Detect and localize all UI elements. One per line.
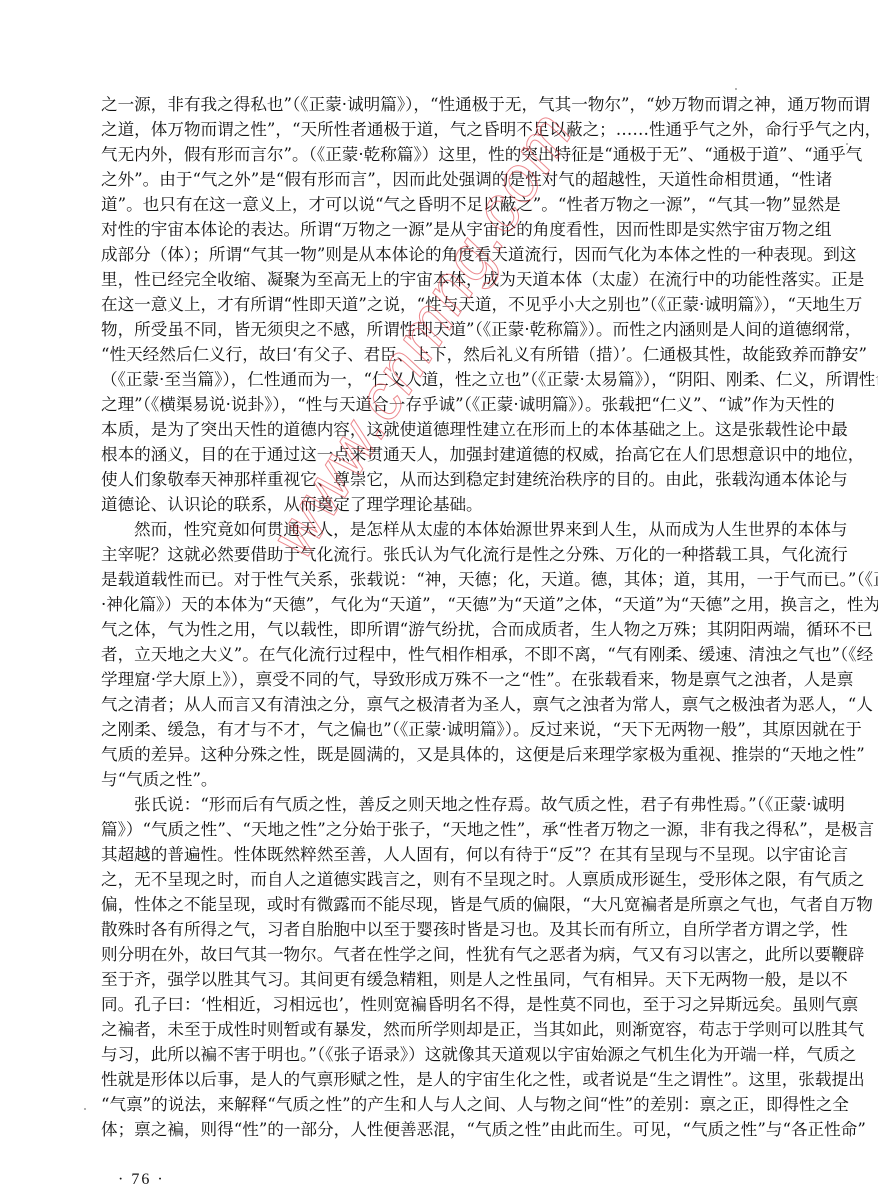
text-line: 根本的涵义，目的在于通过这一点来贯通天人，加强封建道德的权威，抬高它在人们思想意… <box>101 442 815 467</box>
text-line: （《正蒙·至当篇》），仁性通而为一，“仁义人道，性之立也”（《正蒙·太易篇》），… <box>101 367 815 392</box>
text-line: 散殊时各有所得之气，习者自胎胞中以至于婴孩时皆是习也。及其长而有所立，自所学者方… <box>101 917 815 942</box>
scan-speck <box>84 1108 86 1110</box>
text-line: 则分明在外，故曰气其一物尔。气者在性学之间，性犹有气之恶者为病，气又有习以害之，… <box>101 942 815 967</box>
text-line: 者，立天地之大义”。在气化流行过程中，性气相作相承，不即不离，“气有刚柔、缓速、… <box>101 642 815 667</box>
text-line: 篇》）“气质之性”、“天地之性”之分始于张子，“天地之性”，承“性者万物之一源，… <box>101 817 815 842</box>
book-page: 之一源，非有我之得私也”（《正蒙·诚明篇》），“性通极于无，气其一物尔”，“妙万… <box>0 0 878 1203</box>
scan-speck <box>846 143 848 145</box>
text-line: 本质，是为了突出天性的道德内容，这就使道德理性建立在形而上的本体基础之上。这是张… <box>101 417 815 442</box>
text-line: 与习，此所以褊不害于明也。”（《张子语录》）这就像其天道观以宇宙始源之气机生化为… <box>101 1042 815 1067</box>
text-line: 之褊者，未至于成性时则暂或有暴发，然而所学则却是正，当其如此，则渐宽容，苟志于学… <box>101 1017 815 1042</box>
text-line: 偏，性体之不能呈现，或时有微露而不能尽现，皆是气质的偏限，“大凡宽褊者是所禀之气… <box>101 892 815 917</box>
text-line: “性天经然后仁义行，故曰‘有父子、君臣、上下，然后礼义有所错（措）’。仁通极其性… <box>101 342 815 367</box>
text-line: 气无内外，假有形而言尔”。（《正蒙·乾称篇》）这里，性的突出特征是“通极于无”、… <box>101 142 815 167</box>
text-line: 之道，体万物而谓之性”，“天所性者通极于道，气之昏明不足以蔽之；……性通乎气之外… <box>101 117 815 142</box>
text-line: 道德论、认识论的联系，从而奠定了理学理论基础。 <box>101 492 815 517</box>
text-line: “气禀”的说法，来解释“气质之性”的产生和人与人之间、人与物之间“性”的差别：禀… <box>101 1092 815 1117</box>
text-line: 是载道载性而已。对于性气关系，张载说：“神，天德；化，天道。德，其体；道，其用，… <box>101 567 815 592</box>
text-line: 之理”（《横渠易说·说卦》），“性与天道合一存乎诚”（《正蒙·诚明篇》）。张载把… <box>101 392 815 417</box>
text-line: 同。孔子曰：‘性相近，习相远也’，性则宽褊昏明名不得，是性莫不同也，至于习之异斯… <box>101 992 815 1017</box>
text-line: 其超越的普遍性。性体既然粹然至善，人人固有，何以有待于“反”？在其有呈现与不呈现… <box>101 842 815 867</box>
text-line: 张氏说：“形而后有气质之性，善反之则天地之性存焉。故气质之性，君子有弗性焉。”（… <box>101 792 815 817</box>
text-line: 至于齐，强学以胜其气习。其间更有缓急精粗，则是人之性虽同，气有相异。天下无两物一… <box>101 967 815 992</box>
text-line: 之刚柔、缓急，有才与不才，气之偏也”（《正蒙·诚明篇》）。反过来说，“天下无两物… <box>101 717 815 742</box>
text-line: 学理窟·学大原上》），禀受不同的气，导致形成万殊不一之“性”。在张载看来，物是禀… <box>101 667 815 692</box>
text-line: 之，无不呈现之时，而自人之道德实践言之，则有不呈现之时。人禀质成形诞生，受形体之… <box>101 867 815 892</box>
scan-speck <box>735 88 737 90</box>
text-line: 气质的差异。这种分殊之性，既是圆满的，又是具体的，这便是后来理学家极为重视、推崇… <box>101 742 815 767</box>
text-line: 性就是形体以后事，是人的气禀形赋之性，是人的宇宙生化之性，或者说是“生之谓性”。… <box>101 1067 815 1092</box>
text-line: ·神化篇》）天的本体为“天德”，气化为“天道”，“天德”为“天道”之体，“天道”… <box>101 592 815 617</box>
text-line: 体；禀之褊，则得“性”的一部分，人性便善恶混，“气质之性”由此而生。可见，“气质… <box>101 1117 815 1142</box>
text-line: 气之体，气为性之用，气以载性，即所谓“游气纷扰，合而成质者，生人物之万殊；其阴阳… <box>101 617 815 642</box>
page-number: · 76 · <box>118 1171 165 1189</box>
text-line: 气之清者；从人而言又有清浊之分，禀气之极清者为圣人，禀气之浊者为常人，禀气之极浊… <box>101 692 815 717</box>
text-line: 使人们象敬奉天神那样重视它、尊崇它，从而达到稳定封建统治秩序的目的。由此，张载沟… <box>101 467 815 492</box>
text-line: 与“气质之性”。 <box>101 767 815 792</box>
text-line: 主宰呢？这就必然要借助于气化流行。张氏认为气化流行是性之分殊、万化的一种搭载工具… <box>101 542 815 567</box>
text-line: 之外”。由于“气之外”是“假有形而言”，因而此处强调的是性对气的超越性，天道性命… <box>101 167 815 192</box>
text-line: 然而，性究竟如何贯通天人，是怎样从太虚的本体始源世界来到人生，从而成为人生世界的… <box>101 517 815 542</box>
text-line: 之一源，非有我之得私也”（《正蒙·诚明篇》），“性通极于无，气其一物尔”，“妙万… <box>101 92 815 117</box>
